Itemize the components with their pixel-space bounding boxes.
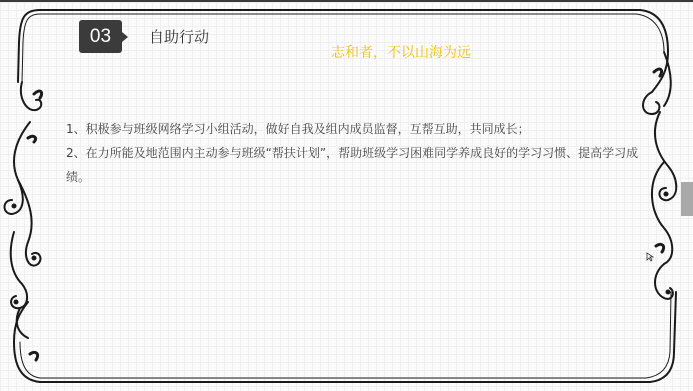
paragraph-1: 1、积极参与班级网络学习小组活动，做好自我及组内成员监督，互帮互助，共同成长；	[66, 117, 646, 141]
scrollbar-thumb[interactable]	[681, 182, 693, 216]
presentation-slide: 03 自助行动 志和者，不以山海为远 1、积极参与班级网络学习小组活动，做好自我…	[0, 2, 693, 391]
body-content: 1、积极参与班级网络学习小组活动，做好自我及组内成员监督，互帮互助，共同成长； …	[66, 117, 646, 189]
section-title: 自助行动	[149, 26, 209, 47]
section-number-badge: 03	[79, 20, 122, 53]
motto-text: 志和者，不以山海为远	[331, 42, 471, 62]
mouse-cursor-icon	[646, 252, 654, 262]
paragraph-2: 2、在力所能及地范围内主动参与班级“帮扶计划”，帮助班级学习困难同学养成良好的学…	[66, 141, 646, 189]
